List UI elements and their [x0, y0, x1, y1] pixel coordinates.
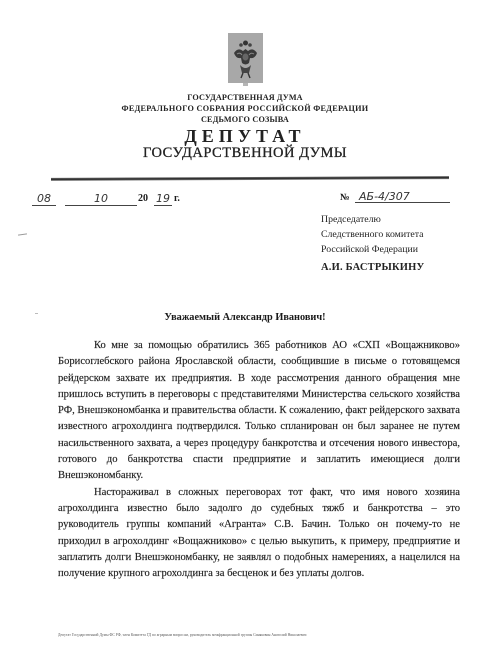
footer-note: Депутат Государственной Думы ФС РФ, член…: [58, 633, 306, 637]
addressee-position: Председателю: [321, 214, 381, 225]
date-year-prefix: 20: [138, 193, 148, 205]
letterhead-line-convocation: СЕДЬМОГО СОЗЫВА: [0, 115, 490, 124]
letter-body: Ко мне за помощью обратились 365 работни…: [58, 338, 460, 582]
coat-of-arms-emblem: [228, 33, 263, 83]
letterhead-divider: [51, 176, 449, 181]
margin-mark: [18, 233, 27, 235]
letterhead-line-federal-assembly: ФЕДЕРАЛЬНОГО СОБРАНИЯ РОССИЙСКОЙ ФЕДЕРАЦ…: [0, 104, 490, 113]
reference-label: №: [340, 193, 350, 203]
addressee-organization: Следственного комитета: [321, 229, 423, 240]
russian-coat-of-arms-icon: [228, 33, 263, 83]
addressee-country: Российской Федерации: [321, 244, 418, 255]
emblem-tail-decoration: [243, 83, 248, 86]
letterhead-subtitle: ГОСУДАРСТВЕННОЙ ДУМЫ: [0, 145, 490, 162]
letterhead-line-duma: ГОСУДАРСТВЕННАЯ ДУМА: [0, 93, 490, 102]
date-year-suffix: 19: [154, 193, 172, 206]
greeting: Уважаемый Александр Иванович!: [0, 312, 490, 323]
date-month: 10: [65, 193, 137, 206]
paragraph: Настораживал в сложных переговорах тот ф…: [58, 485, 460, 583]
reference-value: АБ-4/307: [355, 190, 450, 203]
date-suffix: г.: [174, 193, 180, 205]
letterhead-title: ДЕПУТАТ: [0, 126, 490, 147]
reference-number: № АБ-4/307: [340, 190, 450, 206]
date-day: 08: [32, 193, 56, 206]
addressee-name: А.И. БАСТРЫКИНУ: [321, 262, 424, 273]
paragraph: Ко мне за помощью обратились 365 работни…: [58, 338, 460, 485]
